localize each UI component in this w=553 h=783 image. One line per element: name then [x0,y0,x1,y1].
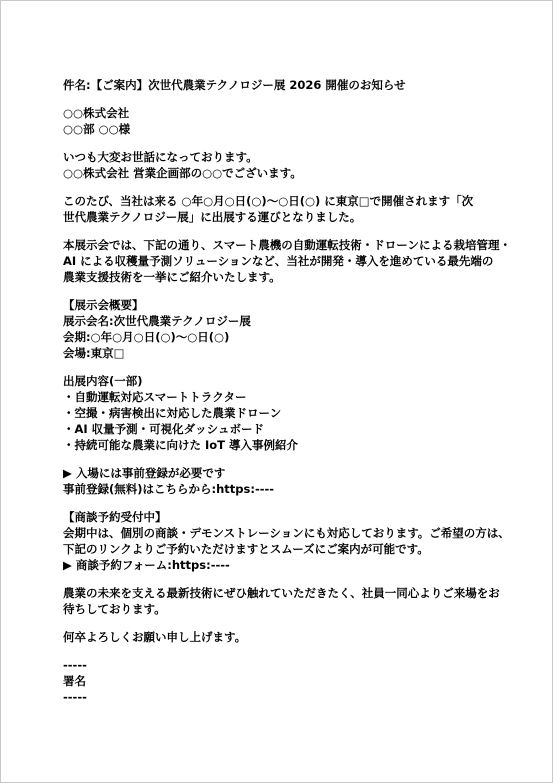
signature-divider-top: ----- [63,657,512,673]
regards-line: 何卒よろしくお願い申し上げます。 [63,629,512,645]
list-item: ・自動運転対応スマートトラクター [63,389,512,405]
signature-label: 署名 [63,673,512,689]
subject-line: 件名:【ご案内】次世代農業テクノロジー展 2026 開催のお知らせ [63,77,512,93]
signature-divider-bottom: ----- [63,689,512,705]
list-item: ・持続可能な農業に向けた IoT 導入事例紹介 [63,437,512,453]
exhibits-section: 出展内容(一部) ・自動運転対応スマートトラクター ・空撮・病害検出に対応した農… [63,373,512,453]
registration-notice-line: ▶ 入場には事前登録が必要です [63,465,512,481]
expo-overview-heading: 【展示会概要】 [63,297,512,313]
expo-overview-section: 【展示会概要】 展示会名:次世代農業テクノロジー展 会期:○年○月○日(○)〜○… [63,297,512,361]
list-item: ・空撮・病害検出に対応した農業ドローン [63,405,512,421]
meeting-heading: 【商談予約受付中】 [63,509,512,525]
overview-paragraph: 本展示会では、下記の通り、スマート農機の自動運転技術・ドローンによる栽培管理・ … [63,237,512,285]
intro-paragraph: このたび、当社は来る ○年○月○日(○)〜○日(○) に東京□で開催されます「次… [63,193,512,225]
registration-section: ▶ 入場には事前登録が必要です 事前登録(無料)はこちらから:https:---… [63,465,512,497]
closing-paragraph: 農業の未来を支える最新技術にぜひ触れていただきたく、社員一同心よりご来場をお 待… [63,585,512,617]
expo-dates-line: 会期:○年○月○日(○)〜○日(○) [63,329,512,345]
recipient-block: ○○株式会社 ○○部 ○○様 [63,105,512,137]
exhibits-heading: 出展内容(一部) [63,373,512,389]
expo-venue-line: 会場:東京□ [63,345,512,361]
greeting-block: いつも大変お世話になっております。 ○○株式会社 営業企画部の○○でございます。 [63,149,512,181]
expo-name-line: 展示会名:次世代農業テクノロジー展 [63,313,512,329]
list-item: ・AI 収量予測・可視化ダッシュボード [63,421,512,437]
meeting-section: 【商談予約受付中】 会期中は、個別の商談・デモンストレーションにも対応しておりま… [63,509,512,573]
meeting-form-line: ▶ 商談予約フォーム:https:---- [63,557,512,573]
meeting-body: 会期中は、個別の商談・デモンストレーションにも対応しております。ご希望の方は、 … [63,525,512,557]
signature-block: ----- 署名 ----- [63,657,512,705]
registration-link-line: 事前登録(無料)はこちらから:https:---- [63,481,512,497]
email-document: 件名:【ご案内】次世代農業テクノロジー展 2026 開催のお知らせ ○○株式会社… [0,0,553,783]
